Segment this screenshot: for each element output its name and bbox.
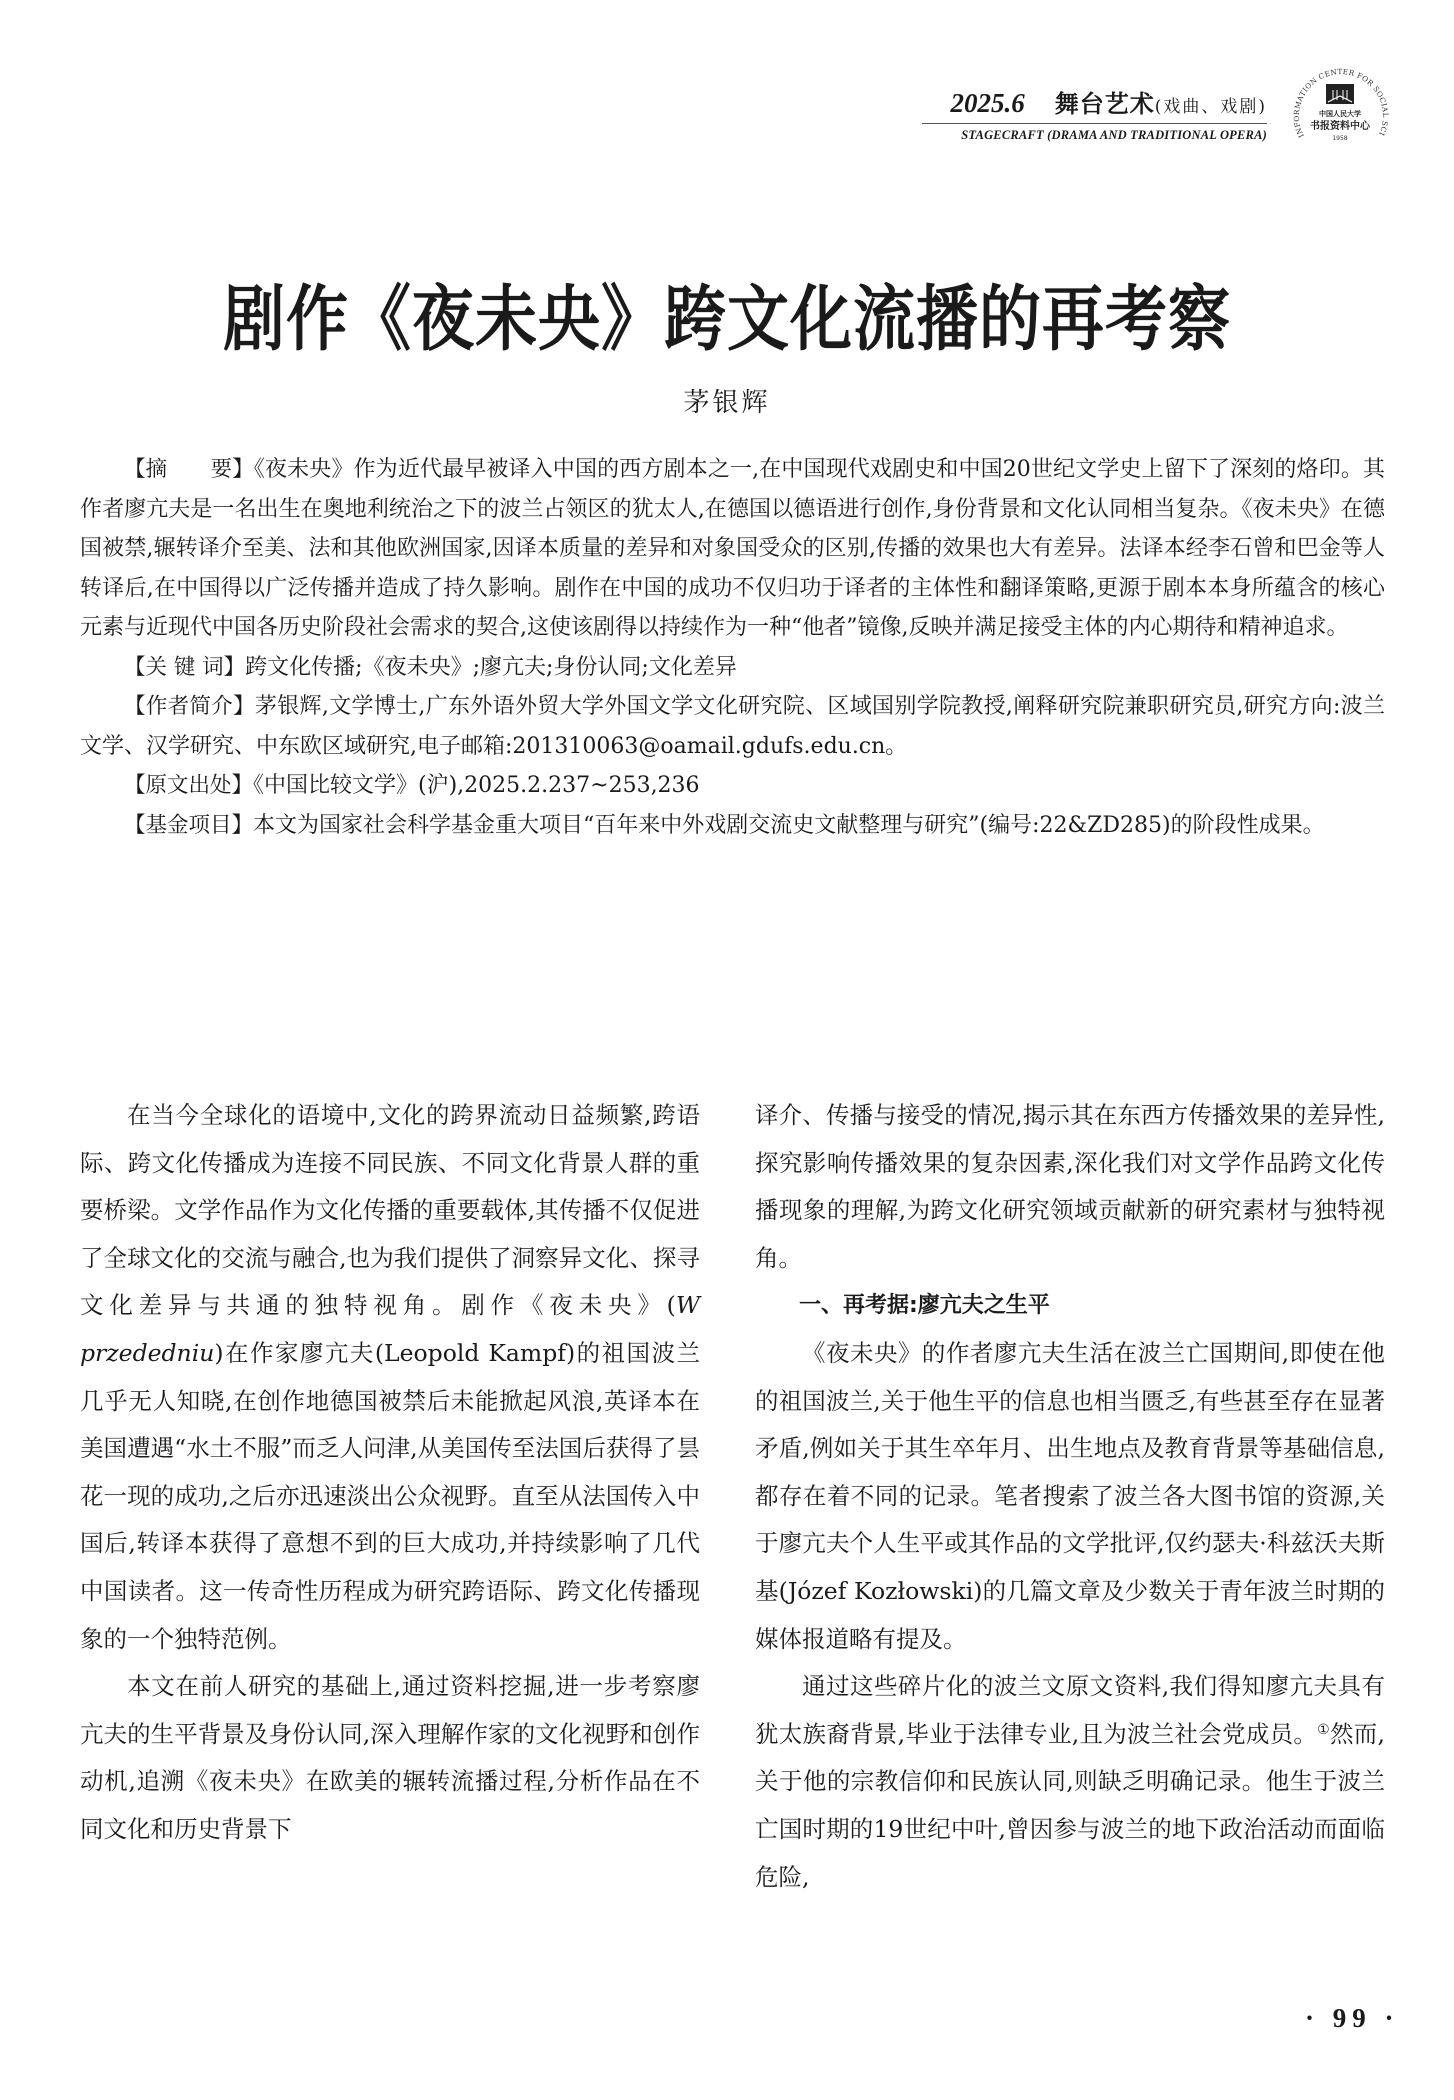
article-metadata: 【摘 要】《夜未央》作为近代最早被译入中国的西方剧本之一,在中国现代戏剧史和中国… (80, 450, 1385, 845)
keywords-label: 【关 键 词】 (124, 655, 245, 680)
journal-header: 2025.6 舞台艺术 (戏曲、戏剧) STAGECRAFT (DRAMA AN… (922, 84, 1267, 143)
footnote-marker[interactable]: ① (1317, 1722, 1330, 1738)
body-paragraph: 通过这些碎片化的波兰文原文资料,我们得知廖亢夫具有犹太族裔背景,毕业于法律专业,… (755, 1663, 1385, 1901)
body-paragraph: 在当今全球化的语境中,文化的跨界流动日益频繁,跨语际、跨文化传播成为连接不同民族… (80, 1092, 700, 1663)
page-number: · 99 · (1305, 2003, 1400, 2034)
author-bio-text: 茅银辉,文学博士,广东外语外贸大学外国文学文化研究院、区域国别学院教授,阐释研究… (80, 694, 1385, 759)
logo-year: 1958 (1332, 135, 1347, 142)
publisher-logo: INFORMATION CENTER FOR SOCIAL SCIENCES, … (1286, 56, 1394, 164)
section-heading: 一、再考据:廖亢夫之生平 (755, 1282, 1385, 1330)
abstract-label: 【摘 要】 (124, 457, 254, 482)
body-column-right: 译介、传播与接受的情况,揭示其在东西方传播效果的差异性,探究影响传播效果的复杂因… (755, 1092, 1385, 1901)
article-author: 茅银辉 (0, 382, 1454, 419)
body-column-left: 在当今全球化的语境中,文化的跨界流动日益频繁,跨语际、跨文化传播成为连接不同民族… (80, 1092, 700, 1854)
author-bio-label: 【作者简介】 (124, 694, 255, 719)
body-paragraph: 《夜未央》的作者廖亢夫生活在波兰亡国期间,即使在他的祖国波兰,关于他生平的信息也… (755, 1330, 1385, 1663)
journal-header-top: 2025.6 舞台艺术 (戏曲、戏剧) (922, 84, 1267, 119)
body-paragraph: 本文在前人研究的基础上,通过资料挖掘,进一步考察廖亢夫的生平背景及身份认同,深入… (80, 1663, 700, 1853)
logo-line1: 中国人民大学 (1319, 109, 1361, 118)
source-text: 《中国比较文学》(沪),2025.2.237~253,236 (253, 773, 700, 798)
body-text: 在当今全球化的语境中,文化的跨界流动日益频繁,跨语际、跨文化传播成为连接不同民族… (80, 1101, 700, 1319)
book-seal-icon: INFORMATION CENTER FOR SOCIAL SCIENCES, … (1286, 56, 1394, 164)
body-text: )在作家廖亢夫(Leopold Kampf)的祖国波兰几乎无人知晓,在创作地德国… (80, 1339, 700, 1653)
body-paragraph: 译介、传播与接受的情况,揭示其在东西方传播效果的差异性,探究影响传播效果的复杂因… (755, 1092, 1385, 1282)
abstract-text: 《夜未央》作为近代最早被译入中国的西方剧本之一,在中国现代戏剧史和中国20世纪文… (80, 457, 1385, 640)
issue-number: 2025.6 (950, 88, 1024, 119)
header-rule (922, 123, 1267, 124)
journal-english-name: STAGECRAFT (DRAMA AND TRADITIONAL OPERA) (922, 128, 1267, 143)
keywords: 【关 键 词】跨文化传播;《夜未央》;廖亢夫;身份认同;文化差异 (80, 648, 1385, 688)
article-title: 剧作《夜未央》跨文化流播的再考察 (0, 262, 1454, 364)
body-text: 通过这些碎片化的波兰文原文资料,我们得知廖亢夫具有犹太族裔背景,毕业于法律专业,… (755, 1672, 1385, 1748)
journal-name: 舞台艺术 (1055, 84, 1155, 119)
funding-text: 本文为国家社会科学基金重大项目“百年来中外戏剧交流史文献整理与研究”(编号:22… (253, 813, 1325, 838)
source: 【原文出处】《中国比较文学》(沪),2025.2.237~253,236 (80, 766, 1385, 806)
author-bio: 【作者简介】茅银辉,文学博士,广东外语外贸大学外国文学文化研究院、区域国别学院教… (80, 687, 1385, 766)
logo-line2: 书报资料中心 (1310, 119, 1371, 132)
keywords-text: 跨文化传播;《夜未央》;廖亢夫;身份认同;文化差异 (245, 655, 737, 680)
abstract: 【摘 要】《夜未央》作为近代最早被译入中国的西方剧本之一,在中国现代戏剧史和中国… (80, 450, 1385, 648)
funding: 【基金项目】本文为国家社会科学基金重大项目“百年来中外戏剧交流史文献整理与研究”… (80, 806, 1385, 846)
journal-subtitle: (戏曲、戏剧) (1155, 92, 1267, 117)
source-label: 【原文出处】 (124, 773, 253, 798)
funding-label: 【基金项目】 (124, 813, 253, 838)
